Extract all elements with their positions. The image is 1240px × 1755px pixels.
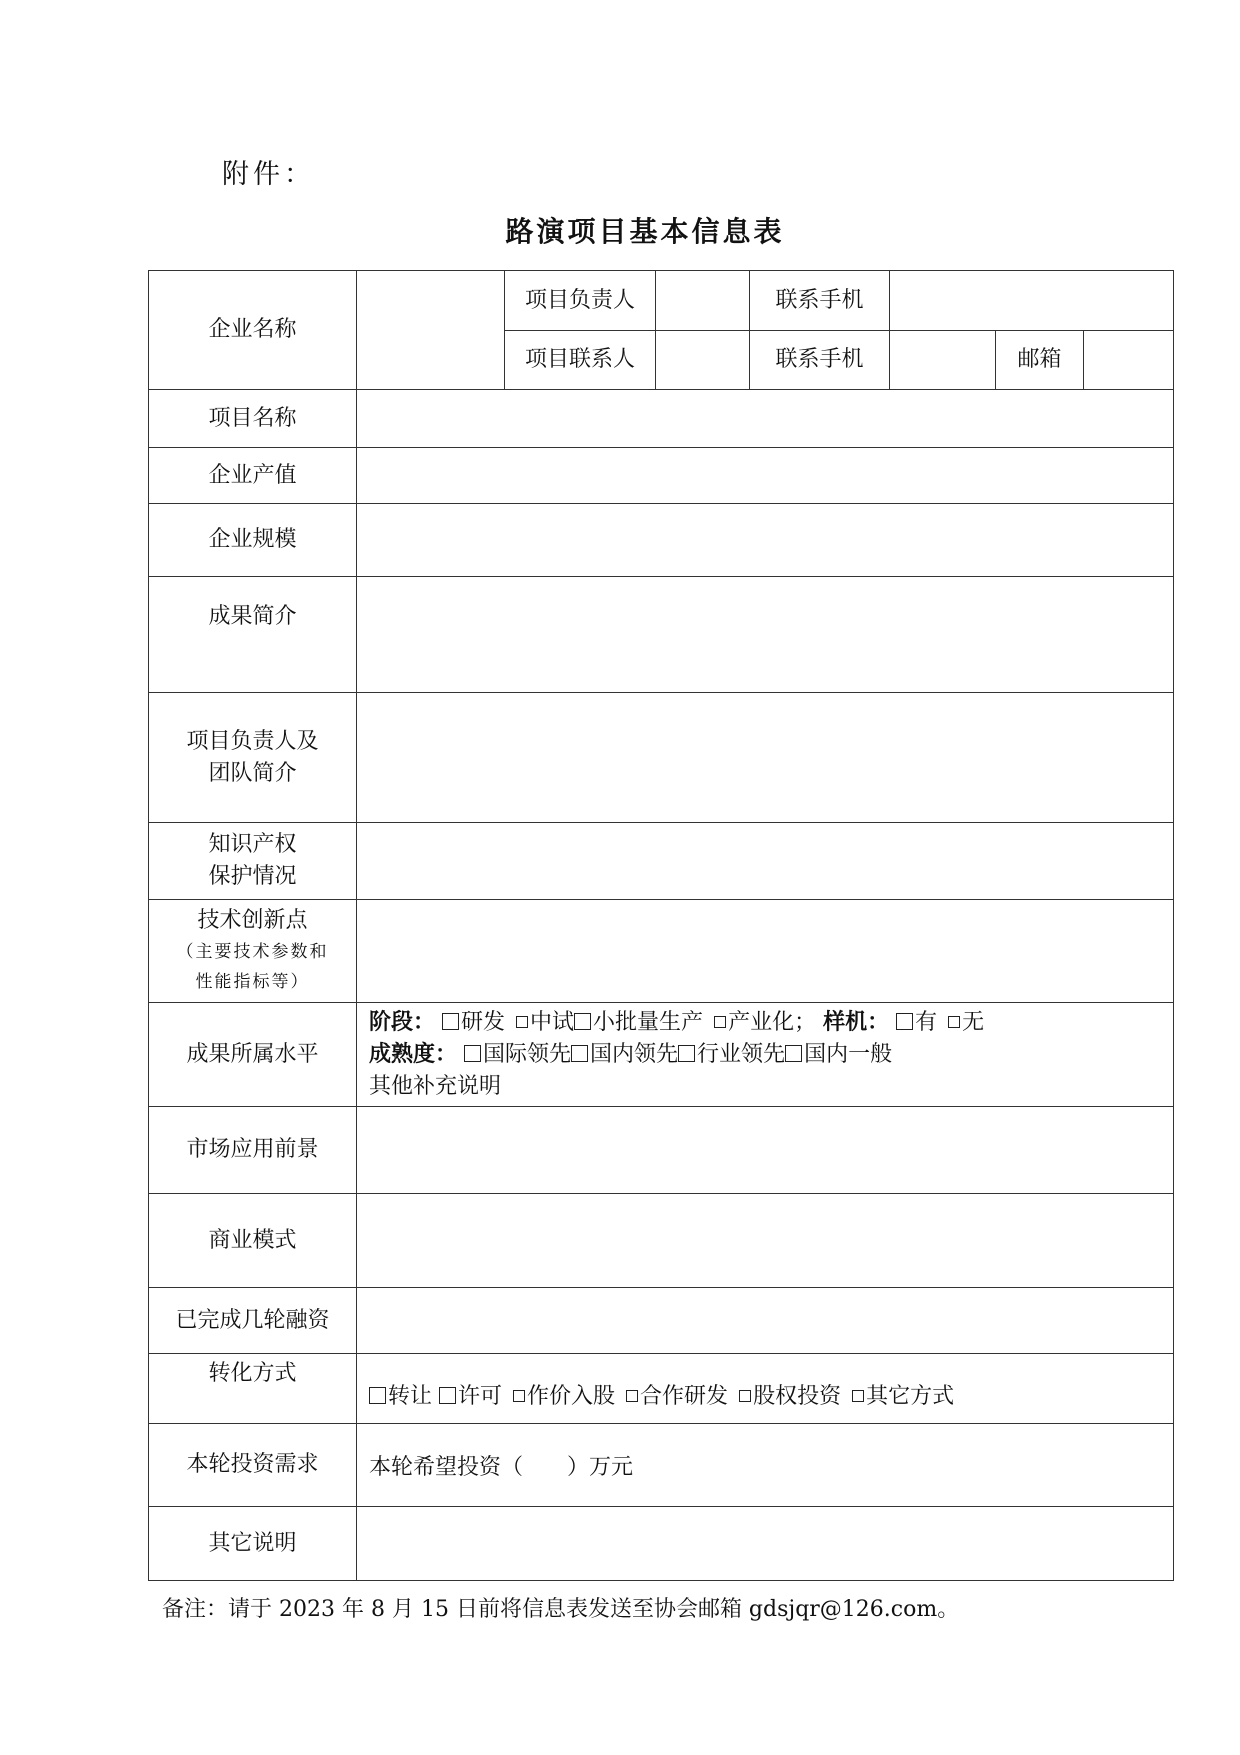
tech-note-line1: （主要技术参数和	[149, 937, 356, 967]
business-model-label: 商业模式	[149, 1194, 357, 1288]
scale-label: 企业规模	[149, 504, 357, 577]
checkbox-icon[interactable]	[464, 1045, 481, 1062]
output-value-label: 企业产值	[149, 448, 357, 504]
checkbox-rd[interactable]: 研发	[442, 1010, 505, 1035]
other-notes-field[interactable]	[357, 1507, 1174, 1581]
level-field: 阶段： 研发 中试小批量生产 产业化； 样机： 有 无 成熟度： 国际领先国内领…	[357, 1003, 1174, 1107]
checkbox-intl-leading[interactable]: 国际领先	[464, 1042, 571, 1067]
ip-label-line2: 保护情况	[149, 861, 356, 893]
checkbox-domestic-leading[interactable]: 国内领先	[571, 1042, 678, 1067]
checkbox-license[interactable]: 许可	[439, 1384, 502, 1409]
checkbox-icon[interactable]	[739, 1390, 751, 1402]
checkbox-prototype-yes[interactable]: 有	[896, 1010, 937, 1035]
market-field[interactable]	[357, 1107, 1174, 1194]
checkbox-icon[interactable]	[785, 1045, 802, 1062]
checkbox-pilot[interactable]: 中试	[512, 1010, 574, 1035]
team-intro-label-line1: 项目负责人及	[149, 726, 356, 758]
financing-rounds-label: 已完成几轮融资	[149, 1288, 357, 1354]
checkbox-prototype-no[interactable]: 无	[944, 1010, 984, 1035]
ip-protection-field[interactable]	[357, 823, 1174, 900]
checkbox-other-method[interactable]: 其它方式	[848, 1384, 954, 1409]
business-model-field[interactable]	[357, 1194, 1174, 1288]
checkbox-icon[interactable]	[852, 1390, 864, 1402]
transfer-method-field: 转让 许可 作价入股 合作研发 股权投资 其它方式	[357, 1354, 1174, 1424]
checkbox-icon[interactable]	[574, 1013, 591, 1030]
checkbox-icon[interactable]	[516, 1016, 528, 1028]
checkbox-equity-investment[interactable]: 股权投资	[735, 1384, 841, 1409]
checkbox-icon[interactable]	[626, 1390, 638, 1402]
level-label: 成果所属水平	[149, 1003, 357, 1107]
scale-field[interactable]	[357, 504, 1174, 577]
checkbox-icon[interactable]	[714, 1016, 726, 1028]
contact-phone-field[interactable]	[890, 331, 996, 390]
checkbox-icon[interactable]	[439, 1387, 456, 1404]
other-notes-label: 其它说明	[149, 1507, 357, 1581]
maturity-line: 成熟度： 国际领先国内领先行业领先国内一般	[369, 1039, 1173, 1071]
form-title: 路演项目基本信息表	[0, 210, 1240, 250]
achievement-intro-label: 成果简介	[149, 577, 357, 693]
checkbox-icon[interactable]	[896, 1013, 913, 1030]
email-field[interactable]	[1084, 331, 1174, 390]
team-intro-field[interactable]	[357, 693, 1174, 823]
project-leader-label: 项目负责人	[505, 271, 656, 331]
project-name-field[interactable]	[357, 390, 1174, 448]
checkbox-icon[interactable]	[948, 1016, 960, 1028]
checkbox-industrial[interactable]: 产业化；	[710, 1010, 816, 1035]
project-contact-label: 项目联系人	[505, 331, 656, 390]
stage-label: 阶段：	[369, 1010, 435, 1035]
leader-phone-label: 联系手机	[750, 271, 890, 331]
tech-innovation-label: 技术创新点 （主要技术参数和 性能指标等）	[149, 900, 357, 1003]
tech-note-line2: 性能指标等）	[149, 967, 356, 997]
company-name-field[interactable]	[357, 271, 505, 390]
prototype-label: 样机：	[823, 1010, 889, 1035]
transfer-method-label: 转化方式	[149, 1354, 357, 1424]
leader-phone-field[interactable]	[890, 271, 1174, 331]
supplement-text: 其他补充说明	[369, 1071, 1173, 1103]
checkbox-industry-leading[interactable]: 行业领先	[678, 1042, 785, 1067]
ip-label-line1: 知识产权	[149, 829, 356, 861]
attachment-label: 附件：	[222, 152, 315, 191]
tech-innovation-title: 技术创新点	[149, 905, 356, 937]
email-label: 邮箱	[996, 331, 1084, 390]
checkbox-domestic-general[interactable]: 国内一般	[785, 1042, 892, 1067]
checkbox-equity-in-kind[interactable]: 作价入股	[509, 1384, 615, 1409]
tech-innovation-field[interactable]	[357, 900, 1174, 1003]
footer-note: 备注：请于 2023 年 8 月 15 日前将信息表发送至协会邮箱 gdsjqr…	[162, 1592, 959, 1623]
investment-demand-field[interactable]: 本轮希望投资（ ）万元	[357, 1424, 1174, 1507]
contact-phone-label: 联系手机	[750, 331, 890, 390]
checkbox-joint-rd[interactable]: 合作研发	[622, 1384, 728, 1409]
project-name-label: 项目名称	[149, 390, 357, 448]
stage-line: 阶段： 研发 中试小批量生产 产业化； 样机： 有 无	[369, 1007, 1173, 1039]
checkbox-transfer[interactable]: 转让	[369, 1384, 432, 1409]
maturity-label: 成熟度：	[369, 1042, 457, 1067]
checkbox-small-batch[interactable]: 小批量生产	[574, 1010, 703, 1035]
checkbox-icon[interactable]	[442, 1013, 459, 1030]
company-name-label: 企业名称	[149, 271, 357, 390]
team-intro-label-line2: 团队简介	[149, 758, 356, 790]
project-leader-field[interactable]	[656, 271, 750, 331]
ip-protection-label: 知识产权 保护情况	[149, 823, 357, 900]
project-contact-field[interactable]	[656, 331, 750, 390]
checkbox-icon[interactable]	[369, 1387, 386, 1404]
team-intro-label: 项目负责人及 团队简介	[149, 693, 357, 823]
achievement-intro-field[interactable]	[357, 577, 1174, 693]
financing-rounds-field[interactable]	[357, 1288, 1174, 1354]
checkbox-icon[interactable]	[678, 1045, 695, 1062]
output-value-field[interactable]	[357, 448, 1174, 504]
checkbox-icon[interactable]	[513, 1390, 525, 1402]
checkbox-icon[interactable]	[571, 1045, 588, 1062]
market-label: 市场应用前景	[149, 1107, 357, 1194]
info-table: 企业名称 项目负责人 联系手机 项目联系人 联系手机 邮箱 项目名称 企业产值 …	[148, 270, 1173, 1581]
investment-demand-label: 本轮投资需求	[149, 1424, 357, 1507]
